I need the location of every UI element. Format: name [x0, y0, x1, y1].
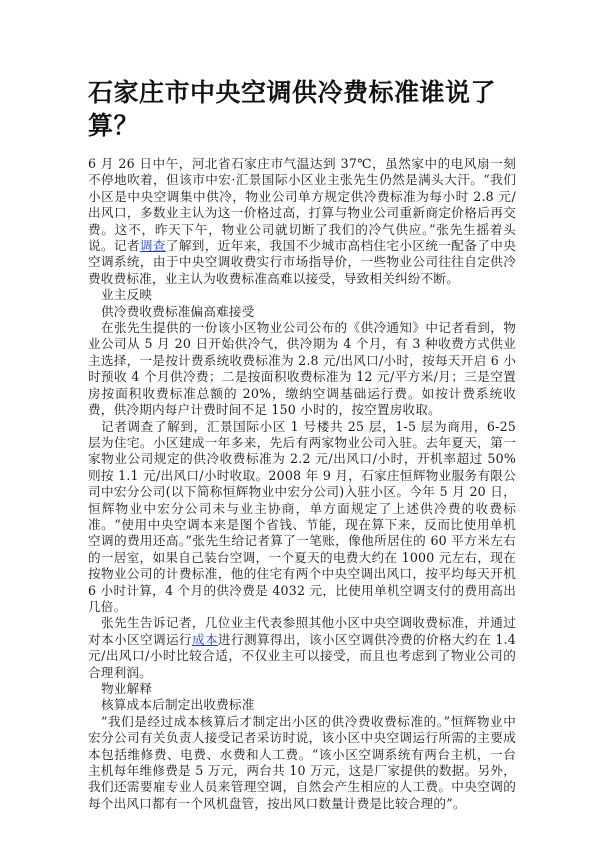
paragraph: “我们是经过成本核算后才制定出小区的供冷费收费标准的。”恒辉物业中宏分公司有关负… — [88, 714, 516, 812]
inline-link[interactable]: 成本 — [192, 632, 218, 647]
paragraph: 6 月 26 日中午，河北省石家庄市气温达到 37℃，虽然家中的电风扇一刻不停地… — [88, 156, 516, 287]
text-run: 供冷费收费标准偏高难接受 — [101, 304, 255, 319]
document-page: 石家庄市中央空调供冷费标准谁说了算？ 6 月 26 日中午，河北省石家庄市气温达… — [88, 76, 516, 812]
text-run: 记者调查了解到，汇景国际小区 1 号楼共 25 层，1-5 层为商用，6-25 … — [88, 419, 516, 614]
text-run: 业主反映 — [101, 287, 152, 302]
paragraph: 张先生告诉记者，几位业主代表参照其他小区中央空调收费标准，并通过对本小区空调运行… — [88, 615, 516, 681]
text-run: “我们是经过成本核算后才制定出小区的供冷费收费标准的。”恒辉物业中宏分公司有关负… — [88, 714, 516, 811]
section-heading: 业主反映 — [88, 287, 516, 303]
text-run: 物业解释 — [101, 681, 152, 696]
article-body: 6 月 26 日中午，河北省石家庄市气温达到 37℃，虽然家中的电风扇一刻不停地… — [88, 156, 516, 812]
text-run: 核算成本后制定出收费标准 — [101, 697, 255, 712]
section-heading: 物业解释 — [88, 681, 516, 697]
section-heading: 核算成本后制定出收费标准 — [88, 697, 516, 713]
section-heading: 供冷费收费标准偏高难接受 — [88, 304, 516, 320]
text-run: 在张先生提供的一份该小区物业公司公布的《供冷通知》中记者看到，物业公司从 5 月… — [88, 320, 516, 417]
paragraph: 记者调查了解到，汇景国际小区 1 号楼共 25 层，1-5 层为商用，6-25 … — [88, 419, 516, 616]
article-title: 石家庄市中央空调供冷费标准谁说了算？ — [88, 76, 516, 142]
paragraph: 在张先生提供的一份该小区物业公司公布的《供冷通知》中记者看到，物业公司从 5 月… — [88, 320, 516, 418]
inline-link[interactable]: 调查 — [140, 238, 166, 253]
